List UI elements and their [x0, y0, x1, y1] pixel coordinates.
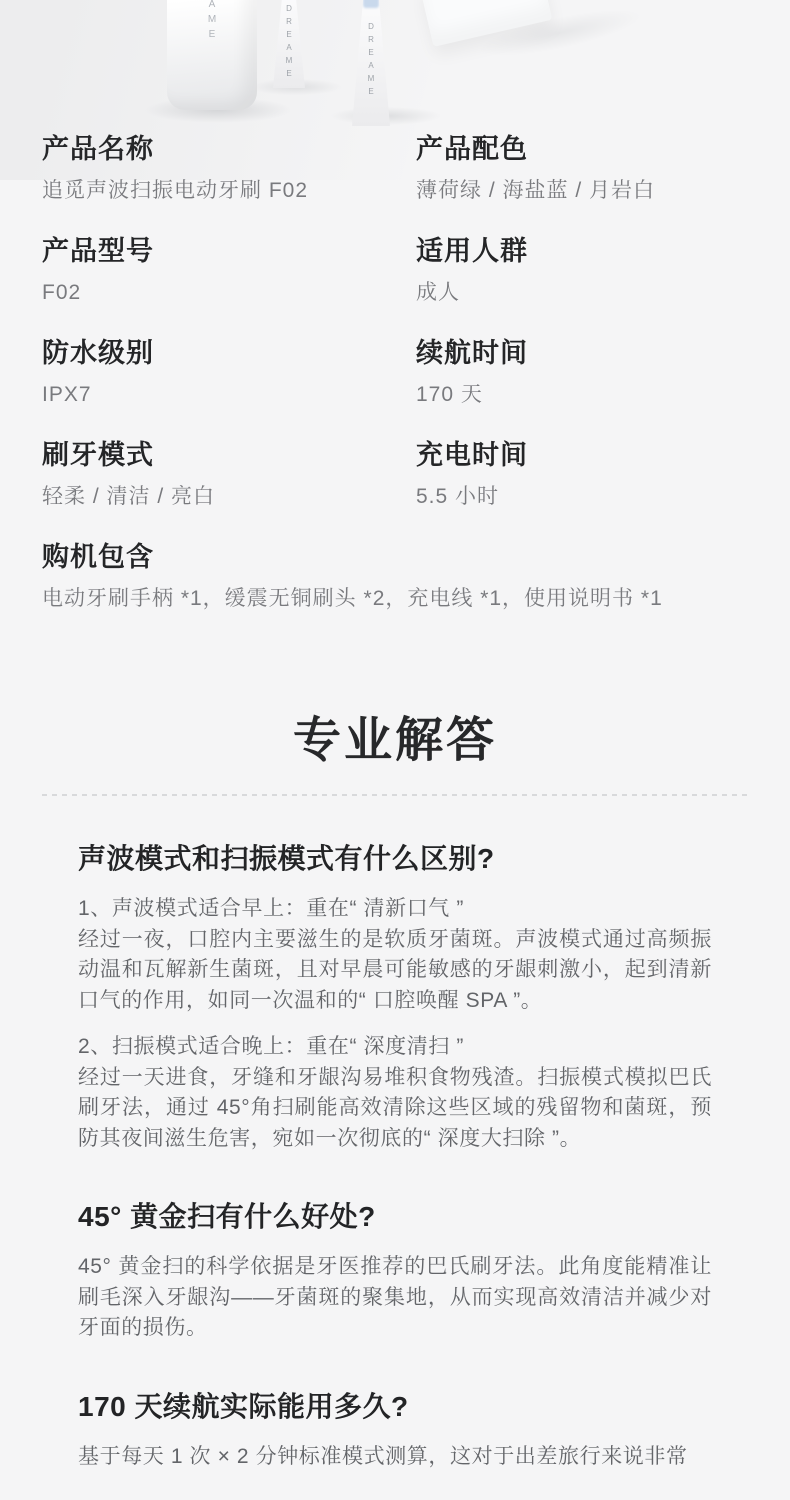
qa-question: 45° 黄金扫有什么好处?: [78, 1200, 712, 1234]
spec-label: 购机包含: [42, 541, 748, 573]
qa-answer-paragraph: 45° 黄金扫的科学依据是牙医推荐的巴氏刷牙法。此角度能精准让刷毛深入牙龈沟——…: [78, 1252, 712, 1344]
spec-value: 薄荷绿 / 海盐蓝 / 月岩白: [416, 178, 790, 204]
photo-soft-shadow: [0, 0, 790, 180]
qa-question: 声波模式和扫振模式有什么区别?: [78, 842, 712, 876]
spec-sheet: 产品名称 追觅声波扫振电动牙刷 F02 产品配色 薄荷绿 / 海盐蓝 / 月岩白…: [0, 115, 790, 612]
spec-label: 防水级别: [42, 337, 416, 369]
spec-row: 刷牙模式 轻柔 / 清洁 / 亮白 充电时间 5.5 小时: [42, 439, 790, 510]
qa-answer-paragraph: 基于每天 1 次 × 2 分钟标准模式测算，这对于出差旅行来说非常: [78, 1442, 712, 1473]
spec-value: 5.5 小时: [416, 484, 790, 510]
qa-section-title: 专业解答: [0, 716, 790, 766]
spec-label: 充电时间: [416, 439, 790, 471]
qa-item: 170 天续航实际能用多久? 基于每天 1 次 × 2 分钟标准模式测算，这对于…: [78, 1390, 712, 1473]
spec-model: 产品型号 F02: [42, 235, 416, 306]
spec-target-users: 适用人群 成人: [416, 235, 790, 306]
spec-label: 适用人群: [416, 235, 790, 267]
spec-battery-life: 续航时间 170 天: [416, 337, 790, 408]
dashed-divider: [42, 794, 748, 796]
brand-logo-text: DREAME: [367, 22, 376, 100]
qa-answer-paragraph: 1、声波模式适合早上：重在“ 清新口气 ” 经过一夜，口腔内主要滋生的是软质牙菌…: [78, 894, 712, 1016]
spec-charging-time: 充电时间 5.5 小时: [416, 439, 790, 510]
spec-label: 产品型号: [42, 235, 416, 267]
qa-answer-paragraph: 2、扫振模式适合晚上：重在“ 深度清扫 ” 经过一天进食，牙缝和牙龈沟易堆积食物…: [78, 1032, 712, 1154]
brand-logo-text: DREAME: [285, 4, 294, 82]
spec-value: IPX7: [42, 382, 416, 408]
product-photo: DREAME DREAME DREAME: [0, 0, 790, 115]
qa-item: 45° 黄金扫有什么好处? 45° 黄金扫的科学依据是牙医推荐的巴氏刷牙法。此角…: [78, 1200, 712, 1344]
toothbrush-handle: DREAME: [167, 0, 257, 110]
spec-package-contents: 购机包含 电动牙刷手柄 *1，缓震无铜刷头 *2，充电线 *1，使用说明书 *1: [42, 541, 748, 612]
spec-value: F02: [42, 280, 416, 306]
spec-value: 成人: [416, 280, 790, 306]
spec-value: 追觅声波扫振电动牙刷 F02: [42, 178, 416, 204]
spec-label: 续航时间: [416, 337, 790, 369]
spec-value: 电动牙刷手柄 *1，缓震无铜刷头 *2，充电线 *1，使用说明书 *1: [42, 586, 748, 612]
spec-value: 170 天: [416, 382, 790, 408]
spec-row: 购机包含 电动牙刷手柄 *1，缓震无铜刷头 *2，充电线 *1，使用说明书 *1: [42, 541, 790, 612]
spec-waterproof-rating: 防水级别 IPX7: [42, 337, 416, 408]
spec-label: 刷牙模式: [42, 439, 416, 471]
brand-logo-text: DREAME: [207, 0, 218, 44]
qa-item: 声波模式和扫振模式有什么区别? 1、声波模式适合早上：重在“ 清新口气 ” 经过…: [78, 842, 712, 1154]
spec-row: 产品型号 F02 适用人群 成人: [42, 235, 790, 306]
spec-value: 轻柔 / 清洁 / 亮白: [42, 484, 416, 510]
qa-list: 声波模式和扫振模式有什么区别? 1、声波模式适合早上：重在“ 清新口气 ” 经过…: [0, 842, 790, 1472]
spec-brush-modes: 刷牙模式 轻柔 / 清洁 / 亮白: [42, 439, 416, 510]
brush-bristles: [363, 0, 380, 8]
qa-question: 170 天续航实际能用多久?: [78, 1390, 712, 1424]
spec-row: 防水级别 IPX7 续航时间 170 天: [42, 337, 790, 408]
